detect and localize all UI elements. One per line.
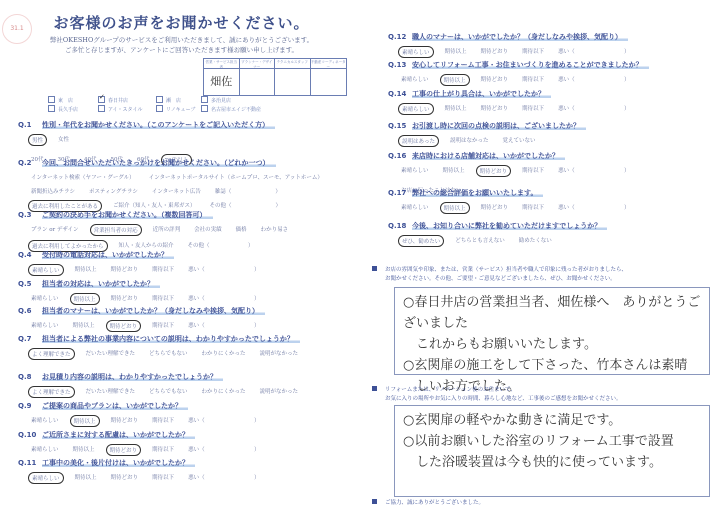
answer-option[interactable]: 期待以下 xyxy=(519,103,547,115)
answer-option[interactable]: どちらでもない xyxy=(146,386,190,398)
answer-option[interactable]: 期待以上 xyxy=(70,293,100,305)
answer-option[interactable]: 期待以上 xyxy=(72,264,100,276)
answer-option[interactable]: 期待以上 xyxy=(440,202,470,214)
answer-option[interactable]: 素晴らしい xyxy=(28,472,64,484)
answer-option[interactable]: 新聞折込みチラシ xyxy=(28,186,78,196)
answer-option[interactable]: 覚えていない xyxy=(499,135,538,147)
answer-option[interactable]: 素晴らしい xyxy=(398,74,432,86)
answer-option[interactable]: プラン or デザイン xyxy=(28,224,82,236)
question-heading: Q.4受付時の電話対応は、いかがでしたか？ xyxy=(18,250,355,260)
answer-option[interactable]: どちらとも言えない xyxy=(452,235,508,247)
answer-option[interactable]: 近所の評判 xyxy=(150,224,184,236)
answer-options: ぜひ、勧めたいどちらとも言えない勧めたくない xyxy=(398,235,721,247)
answer-option[interactable]: 説明はあった xyxy=(398,135,439,147)
bullet-square-icon xyxy=(372,386,377,391)
comment1-answer[interactable]: ○春日井店の営業担当者、畑佐様へ ありがとうございました これからもお願いいたし… xyxy=(394,287,710,375)
answer-options: 素晴らしい期待以上期待どおり期待以下悪い（ ） xyxy=(398,202,721,214)
question-heading: Q.16来店時における店舗対応は、いかがでしたか？ xyxy=(388,151,721,161)
store-checkbox[interactable]: 長久手店 xyxy=(48,105,98,113)
answer-options: 説明はあった説明はなかった覚えていない xyxy=(398,135,721,147)
question-heading: Q.14工事の仕上がり具合は、いかがでしたか？ xyxy=(388,89,721,99)
answer-options: 素晴らしい期待以上期待どおり期待以下悪い（ ） xyxy=(28,415,355,427)
question-block: Q.4受付時の電話対応は、いかがでしたか？素晴らしい期待以上期待どおり期待以下悪… xyxy=(18,250,355,276)
answer-options: 素晴らしい期待以上期待どおり期待以下悪い（ ） xyxy=(28,472,355,484)
answer-option[interactable]: 素晴らしい xyxy=(398,165,432,177)
answer-options: プラン or デザイン営業担当者の対応近所の評判会社の実績価格わかり易さ過去に利… xyxy=(28,224,355,252)
answer-option[interactable]: 期待以下 xyxy=(149,472,177,484)
answer-option[interactable]: 期待以下 xyxy=(149,293,177,305)
question-block: Q.15お引渡し時に次回の点検の説明は、ございましたか？説明はあった説明はなかっ… xyxy=(388,121,721,147)
answer-option[interactable]: よく理解できた xyxy=(28,348,75,360)
closing-message: ご協力、誠にありがとうございました。 xyxy=(372,499,484,508)
answer-option[interactable]: 期待どおり xyxy=(106,444,142,456)
question-heading: Q.17弊社への総合評価をお願いいたします。 xyxy=(388,188,721,198)
staff-value[interactable] xyxy=(240,69,276,95)
question-heading: Q.11工事中の美化・後片付けは、いかがでしたか？ xyxy=(18,458,355,468)
answer-option[interactable]: 期待以下 xyxy=(149,264,177,276)
answer-option[interactable]: 説明がなかった xyxy=(257,348,302,360)
answer-option[interactable]: 営業担当者の対応 xyxy=(90,224,142,236)
answer-option[interactable]: 期待以上 xyxy=(442,46,470,58)
question-block: Q.17弊社への総合評価をお願いいたします。素晴らしい期待以上期待どおり期待以下… xyxy=(388,188,721,214)
answer-option[interactable]: 悪い（ ） xyxy=(555,74,633,86)
question-heading: Q.3ご契約の決め手をお聞かせください。（複数回答可） xyxy=(18,210,355,220)
answer-option[interactable]: 素晴らしい xyxy=(28,264,64,276)
answer-option[interactable]: 悪い（ ） xyxy=(185,320,263,332)
answer-option[interactable]: だいたい理解できた xyxy=(83,386,139,398)
answer-option[interactable]: 期待どおり xyxy=(478,202,512,214)
answer-options: 素晴らしい期待以上期待どおり期待以下悪い（ ） xyxy=(398,74,721,86)
answer-option[interactable]: 悪い（ ） xyxy=(185,264,263,276)
answer-option[interactable]: 素晴らしい xyxy=(28,444,62,456)
question-block: Q.18今後、お知り合いに弊社を勧めていただけますでしょうか？ぜひ、勧めたいどち… xyxy=(388,221,721,247)
question-heading: Q.9ご提案の商品やプランは、いかがでしたか？ xyxy=(18,401,355,411)
answer-option[interactable]: 素晴らしい xyxy=(28,415,62,427)
bullet-square-icon xyxy=(372,266,377,271)
staff-box: 営業・サービス担当者 プランナー・デザイナー テクニカルスタッフ 不動産コーディ… xyxy=(203,58,347,96)
question-block: Q.11工事中の美化・後片付けは、いかがでしたか？素晴らしい期待以上期待どおり期… xyxy=(18,458,355,484)
answer-option[interactable]: 素晴らしい xyxy=(398,46,434,58)
store-checkbox[interactable]: リノキューブ xyxy=(156,105,201,113)
answer-option[interactable]: 期待以下 xyxy=(519,46,547,58)
checkbox-icon xyxy=(48,96,55,103)
question-heading: Q.13安心してリフォーム工事・お住まいづくりを進めることができましたか？ xyxy=(388,60,721,70)
staff-header: プランナー・デザイナー xyxy=(240,59,276,69)
answer-option[interactable]: 悪い（ ） xyxy=(185,444,263,456)
question-block: Q.3ご契約の決め手をお聞かせください。（複数回答可）プラン or デザイン営業… xyxy=(18,210,355,252)
question-heading: Q.8お見積り内容の説明は、わかりやすかったでしょうか？ xyxy=(18,372,355,382)
staff-header: 不動産コーディネーター xyxy=(311,59,347,69)
answer-option[interactable]: 素晴らしい xyxy=(398,202,432,214)
answer-option[interactable]: 期待どおり xyxy=(476,165,512,177)
answer-option[interactable]: 期待どおり xyxy=(478,46,512,58)
question-block: Q.5担当者の対応は、いかがでしたか？素晴らしい期待以上期待どおり期待以下悪い（… xyxy=(18,279,355,305)
answer-option[interactable]: 期待どおり xyxy=(108,415,142,427)
answer-option[interactable]: 期待以上 xyxy=(440,165,468,177)
answer-options: 素晴らしい期待以上期待どおり期待以下悪い（ ） xyxy=(28,444,355,456)
answer-option[interactable]: インターネットポータルサイト（ホームプロ、スーモ、アットホーム） xyxy=(146,172,326,182)
answer-option[interactable]: 女性 xyxy=(55,134,72,146)
answer-option[interactable]: ぜひ、勧めたい xyxy=(398,235,444,247)
answer-option[interactable]: 期待以上 xyxy=(442,103,470,115)
answer-option[interactable]: 期待以上 xyxy=(440,74,470,86)
answer-option[interactable]: 説明がなかった xyxy=(257,386,302,398)
answer-option[interactable]: 素晴らしい xyxy=(398,103,434,115)
checkbox-icon xyxy=(48,105,55,112)
answer-option[interactable]: 期待以上 xyxy=(70,415,100,427)
answer-options: 素晴らしい期待以上期待どおり期待以下悪い（ ） xyxy=(28,320,355,332)
answer-option[interactable]: 期待以下 xyxy=(149,415,177,427)
answer-option[interactable]: 価格 xyxy=(233,224,250,236)
answer-option[interactable]: どちらでもない xyxy=(146,348,190,360)
staff-value[interactable] xyxy=(275,69,311,95)
answer-option[interactable]: 悪い（ ） xyxy=(555,46,633,58)
answer-option[interactable]: 期待以上 xyxy=(70,444,98,456)
question-block: Q.14工事の仕上がり具合は、いかがでしたか？素晴らしい期待以上期待どおり期待以… xyxy=(388,89,721,115)
intro-line-2: ご多忙と存じますが、アンケートにご回答いただきます様お願い申し上げます。 xyxy=(0,45,363,54)
comment2-answer[interactable]: ○玄関扉の軽やかな動きに満足です。 ○以前お願いした浴室のリフォーム工事で設置 … xyxy=(394,405,710,497)
question-heading: Q.15お引渡し時に次回の点検の説明は、ございましたか？ xyxy=(388,121,721,131)
checkbox-icon xyxy=(201,105,208,112)
store-checkbox[interactable]: 多治見店 xyxy=(201,96,271,104)
checkbox-icon xyxy=(156,96,163,103)
answer-option[interactable]: 期待以上 xyxy=(70,320,98,332)
answer-options: 素晴らしい期待以上期待どおり期待以下悪い（ ） xyxy=(28,293,355,305)
answer-option[interactable]: 期待どおり xyxy=(478,103,512,115)
staff-header: テクニカルスタッフ xyxy=(275,59,311,69)
answer-option[interactable]: 悪い（ ） xyxy=(185,415,263,427)
answer-option[interactable]: 期待以下 xyxy=(519,165,547,177)
answer-option[interactable]: 男性 xyxy=(28,134,47,146)
answer-option[interactable]: 期待以下 xyxy=(149,320,177,332)
question-block: Q.12職人のマナーは、いかがでしたか？（身だしなみや挨拶、気配り）素晴らしい期… xyxy=(388,32,721,58)
staff-value[interactable] xyxy=(311,69,347,95)
answer-option[interactable]: 期待以上 xyxy=(72,472,100,484)
checkbox-icon xyxy=(156,105,163,112)
answer-option[interactable]: インターネット検索（ヤフー・グーグル） xyxy=(28,172,138,182)
answer-options: 素晴らしい期待以上期待どおり期待以下悪い（ ） xyxy=(398,103,721,115)
question-block: Q.7担当者による弊社の事業内容についての説明は、わかりやすかったでしょうか？よ… xyxy=(18,334,355,360)
answer-options: よく理解できただいたい理解できたどちらでもないわかりにくかった説明がなかった xyxy=(28,386,355,398)
question-block: Q.2今回、お問合せいただいたきっかけをお聞かせください。（どれか一つ）インター… xyxy=(18,158,355,212)
question-heading: Q.18今後、お知り合いに弊社を勧めていただけますでしょうか？ xyxy=(388,221,721,231)
question-block: Q.6担当者のマナーは、いかがでしたか？（身だしなみや挨拶、気配り）素晴らしい期… xyxy=(18,306,355,332)
left-page: 31.1 お客様のお声をお聞かせください。 弊社OKESHOグループのサービスを… xyxy=(0,0,363,512)
question-block: Q.8お見積り内容の説明は、わかりやすかったでしょうか？よく理解できただいたい理… xyxy=(18,372,355,398)
answer-option[interactable]: 期待以下 xyxy=(519,74,547,86)
survey-title: お客様のお声をお聞かせください。 xyxy=(0,12,363,33)
store-checkbox[interactable]: 春日井店 xyxy=(98,96,156,104)
intro-line-1: 弊社OKESHOグループのサービスをご利用いただきまして、誠にありがとうございま… xyxy=(0,35,363,44)
answer-option[interactable]: よく理解できた xyxy=(28,386,75,398)
staff-header: 営業・サービス担当者 xyxy=(204,59,240,69)
answer-option[interactable]: わかり易さ xyxy=(258,224,292,236)
answer-option[interactable]: インターネット広告 xyxy=(149,186,204,196)
answer-option[interactable]: 期待どおり xyxy=(108,264,142,276)
question-block: Q.13安心してリフォーム工事・お住まいづくりを進めることができましたか？素晴ら… xyxy=(388,60,721,86)
question-heading: Q.10ご近所さまに対する配慮は、いかがでしたか？ xyxy=(18,430,355,440)
answer-options: よく理解できただいたい理解できたどちらでもないわかりにくかった説明がなかった xyxy=(28,348,355,360)
answer-option[interactable]: だいたい理解できた xyxy=(83,348,139,360)
answer-option[interactable]: ポスティングチラシ xyxy=(86,186,141,196)
answer-option[interactable]: 勧めたくない xyxy=(516,235,555,247)
question-heading: Q.12職人のマナーは、いかがでしたか？（身だしなみや挨拶、気配り） xyxy=(388,32,721,42)
answer-option[interactable]: 悪い（ ） xyxy=(185,293,263,305)
answer-option[interactable]: 説明はなかった xyxy=(447,135,492,147)
answer-option[interactable]: 期待どおり xyxy=(108,293,142,305)
question-heading: Q.1性別・年代をお聞かせください。（このアンケートをご記入いただく方） xyxy=(18,120,355,130)
answer-option[interactable]: 雑誌（ ） xyxy=(212,186,284,196)
comment2-prompt: リフォームまたは、リノベーション後のお住まいで、 お気に入りの場所やお気に入りの… xyxy=(372,386,622,404)
answer-option[interactable]: 期待以下 xyxy=(149,444,177,456)
answer-option[interactable]: 期待以下 xyxy=(519,202,547,214)
comment1-prompt: お店の雰囲気や印象、または、営業（サービス）担当者や職人で印象に残った者がおりま… xyxy=(372,266,627,284)
checkbox-icon xyxy=(98,105,105,112)
question-heading: Q.2今回、お問合せいただいたきっかけをお聞かせください。（どれか一つ） xyxy=(18,158,355,168)
question-heading: Q.5担当者の対応は、いかがでしたか？ xyxy=(18,279,355,289)
answer-option[interactable]: 期待どおり xyxy=(478,74,512,86)
question-heading: Q.6担当者のマナーは、いかがでしたか？（身だしなみや挨拶、気配り） xyxy=(18,306,355,316)
store-checkbox[interactable]: 名古屋市エイジ不動産 xyxy=(201,105,271,113)
right-page: Q.12職人のマナーは、いかがでしたか？（身だしなみや挨拶、気配り）素晴らしい期… xyxy=(364,0,727,512)
checkbox-icon xyxy=(201,96,208,103)
bullet-square-icon xyxy=(372,499,377,504)
staff-value[interactable]: 畑佐 xyxy=(204,69,240,95)
question-block: Q.10ご近所さまに対する配慮は、いかがでしたか？素晴らしい期待以上期待どおり期… xyxy=(18,430,355,456)
answer-option[interactable]: 素晴らしい xyxy=(28,293,62,305)
answer-option[interactable]: わかりにくかった xyxy=(198,386,248,398)
store-checkbox[interactable]: アイ・スタイル xyxy=(98,105,156,113)
answer-option[interactable]: 悪い（ ） xyxy=(185,472,263,484)
store-checkbox[interactable]: 東 店 xyxy=(48,96,98,104)
answer-option[interactable]: わかりにくかった xyxy=(198,348,248,360)
answer-options: 素晴らしい期待以上期待どおり期待以下悪い（ ） xyxy=(398,46,721,58)
answer-option[interactable]: 悪い（ ） xyxy=(555,103,633,115)
answer-option[interactable]: 期待どおり xyxy=(108,472,142,484)
answer-option[interactable]: 期待どおり xyxy=(106,320,142,332)
question-block: Q.9ご提案の商品やプランは、いかがでしたか？素晴らしい期待以上期待どおり期待以… xyxy=(18,401,355,427)
answer-option[interactable]: 会社の実績 xyxy=(191,224,225,236)
answer-option[interactable]: 素晴らしい xyxy=(28,320,62,332)
answer-options: インターネット検索（ヤフー・グーグル）インターネットポータルサイト（ホームプロ、… xyxy=(28,172,355,212)
store-checkbox[interactable]: 瀬 店 xyxy=(156,96,201,104)
checkbox-icon xyxy=(98,96,105,103)
store-checkbox-list: 東 店春日井店瀬 店多治見店長久手店アイ・スタイルリノキューブ名古屋市エイジ不動… xyxy=(48,96,271,113)
answer-option[interactable]: 悪い（ ） xyxy=(555,202,633,214)
answer-option[interactable]: 悪い（ ） xyxy=(555,165,633,177)
answer-options: 素晴らしい期待以上期待どおり期待以下悪い（ ） xyxy=(28,264,355,276)
question-heading: Q.7担当者による弊社の事業内容についての説明は、わかりやすかったでしょうか？ xyxy=(18,334,355,344)
